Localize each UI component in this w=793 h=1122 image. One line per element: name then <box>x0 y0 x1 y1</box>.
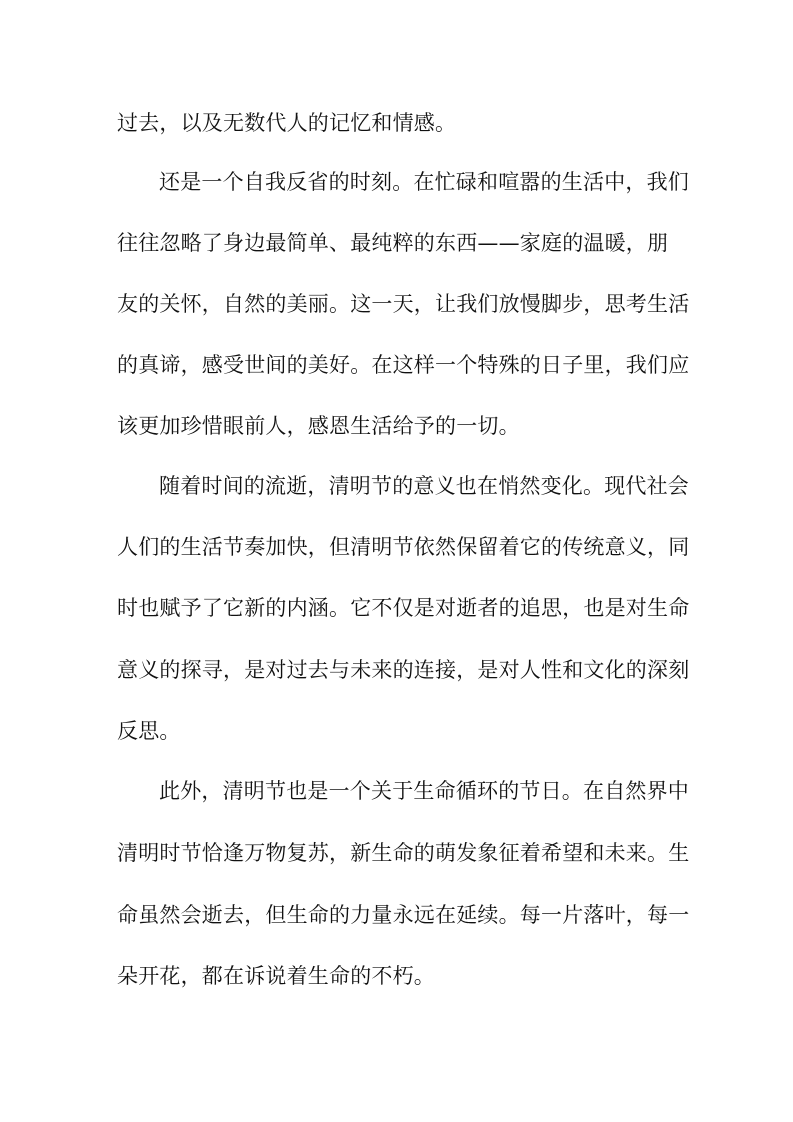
text-line: 的真谛，感受世间的美好。在这样一个特殊的日子里，我们应 <box>117 350 689 380</box>
text-line: 意义的探寻，是对过去与未来的连接，是对人性和文化的深刻 <box>117 655 689 685</box>
text-line: 清明时节恰逢万物复苏，新生命的萌发象征着希望和未来。生 <box>117 838 689 868</box>
text-line: 反思。 <box>117 716 181 746</box>
text-line: 命虽然会逝去，但生命的力量永远在延续。每一片落叶，每一 <box>117 900 689 930</box>
text-line: 时也赋予了它新的内涵。它不仅是对逝者的追思，也是对生命 <box>117 593 689 623</box>
text-line: 人们的生活节奏加快，但清明节依然保留着它的传统意义，同 <box>117 532 689 562</box>
paragraph-first-line: 还是一个自我反省的时刻。在忙碌和喧嚣的生活中，我们 <box>159 167 689 197</box>
text-line: 往往忽略了身边最简单、最纯粹的东西——家庭的温暖，朋 <box>117 228 668 258</box>
paragraph-first-line: 此外，清明节也是一个关于生命循环的节日。在自然界中 <box>159 776 689 806</box>
text-line: 该更加珍惜眼前人，感恩生活给予的一切。 <box>117 411 520 441</box>
text-line: 友的关怀，自然的美丽。这一天，让我们放慢脚步，思考生活 <box>117 289 689 319</box>
paragraph-first-line: 随着时间的流逝，清明节的意义也在悄然变化。现代社会 <box>159 471 689 501</box>
text-line: 过去，以及无数代人的记忆和情感。 <box>117 108 456 138</box>
text-line: 朵开花，都在诉说着生命的不朽。 <box>117 961 435 991</box>
